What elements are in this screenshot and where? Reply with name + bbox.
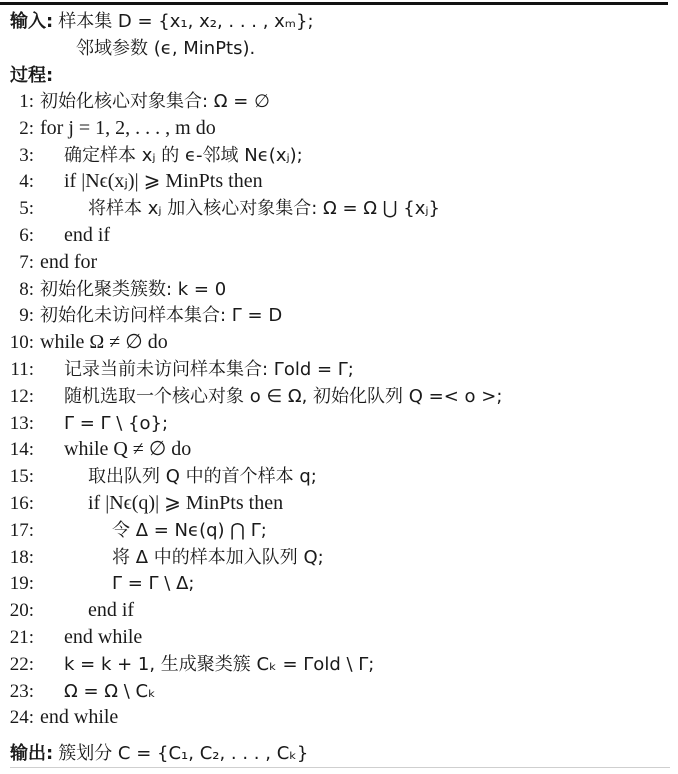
step-text: while Q ≠ ∅ do [64, 438, 191, 460]
step-text: 记录当前未访问样本集合: Γold = Γ; [64, 359, 354, 380]
step-number: 2: [0, 115, 34, 142]
step-number: 8: [0, 276, 34, 303]
output-line: 输出: 簇划分 C = {C₁, C₂, . . . , Cₖ} [10, 740, 308, 767]
step-text: end if [88, 599, 134, 621]
step-line: 4:if |Nϵ(xⱼ)| ⩾ MinPts then [0, 168, 263, 195]
step-text: while Ω ≠ ∅ do [40, 331, 168, 353]
step-line: 22:k = k + 1, 生成聚类簇 Cₖ = Γold \ Γ; [0, 651, 374, 678]
step-number: 23: [0, 678, 34, 705]
step-number: 16: [0, 490, 34, 517]
step-line: 2:for j = 1, 2, . . . , m do [0, 115, 216, 142]
step-line: 3:确定样本 xⱼ 的 ϵ-邻域 Nϵ(xⱼ); [0, 142, 303, 169]
step-text: 令 Δ = Nϵ(q) ⋂ Γ; [112, 520, 267, 541]
step-number: 19: [0, 570, 34, 597]
step-text: 将样本 xⱼ 加入核心对象集合: Ω = Ω ⋃ {xⱼ} [88, 198, 440, 219]
step-text: 将 Δ 中的样本加入队列 Q; [112, 547, 324, 568]
step-number: 15: [0, 463, 34, 490]
step-line: 9:初始化未访问样本集合: Γ = D [0, 302, 282, 329]
input-line-2: 邻域参数 (ϵ, MinPts). [76, 35, 255, 62]
input-line-1: 输入: 样本集 D = {x₁, x₂, . . . , xₘ}; [10, 8, 314, 35]
step-line: 5:将样本 xⱼ 加入核心对象集合: Ω = Ω ⋃ {xⱼ} [0, 195, 440, 222]
step-line: 10:while Ω ≠ ∅ do [0, 329, 168, 356]
top-rule [0, 2, 668, 5]
step-line: 1:初始化核心对象集合: Ω = ∅ [0, 88, 270, 115]
output-text: 簇划分 C = {C₁, C₂, . . . , Cₖ} [58, 743, 308, 764]
step-line: 16:if |Nϵ(q)| ⩾ MinPts then [0, 490, 283, 517]
input-label: 输入: [10, 11, 53, 32]
step-number: 10: [0, 329, 34, 356]
step-text: 取出队列 Q 中的首个样本 q; [88, 466, 317, 487]
step-text: k = k + 1, 生成聚类簇 Cₖ = Γold \ Γ; [64, 654, 374, 675]
step-number: 13: [0, 410, 34, 437]
step-number: 9: [0, 302, 34, 329]
step-line: 6:end if [0, 222, 110, 249]
step-line: 12:随机选取一个核心对象 o ∈ Ω, 初始化队列 Q =< o >; [0, 383, 502, 410]
step-number: 4: [0, 168, 34, 195]
step-text: end while [40, 706, 118, 728]
input-text-2: 邻域参数 (ϵ, MinPts). [76, 38, 255, 59]
step-number: 7: [0, 249, 34, 276]
process-heading: 过程: [10, 62, 53, 89]
step-text: 初始化聚类簇数: k = 0 [40, 279, 226, 300]
step-number: 6: [0, 222, 34, 249]
step-line: 14:while Q ≠ ∅ do [0, 436, 191, 463]
step-text: end while [64, 626, 142, 648]
step-text: end for [40, 251, 97, 273]
step-number: 12: [0, 383, 34, 410]
step-text: if |Nϵ(q)| ⩾ MinPts then [88, 492, 283, 514]
process-label: 过程: [10, 65, 53, 86]
output-label: 输出: [10, 743, 53, 764]
step-number: 5: [0, 195, 34, 222]
step-number: 1: [0, 88, 34, 115]
step-text: for j = 1, 2, . . . , m do [40, 117, 216, 139]
step-text: 确定样本 xⱼ 的 ϵ-邻域 Nϵ(xⱼ); [64, 145, 303, 166]
step-line: 18:将 Δ 中的样本加入队列 Q; [0, 544, 324, 571]
step-text: end if [64, 224, 110, 246]
step-text: 随机选取一个核心对象 o ∈ Ω, 初始化队列 Q =< o >; [64, 386, 502, 407]
step-number: 21: [0, 624, 34, 651]
step-line: 11:记录当前未访问样本集合: Γold = Γ; [0, 356, 354, 383]
step-line: 19:Γ = Γ \ Δ; [0, 570, 194, 597]
step-line: 23:Ω = Ω \ Cₖ [0, 678, 156, 705]
step-text: Γ = Γ \ Δ; [112, 573, 194, 594]
step-text: if |Nϵ(xⱼ)| ⩾ MinPts then [64, 170, 263, 192]
step-line: 8:初始化聚类簇数: k = 0 [0, 276, 226, 303]
step-text: 初始化未访问样本集合: Γ = D [40, 305, 282, 326]
step-text: Γ = Γ \ {o}; [64, 413, 168, 434]
step-number: 24: [0, 704, 34, 731]
step-number: 20: [0, 597, 34, 624]
step-line: 13:Γ = Γ \ {o}; [0, 410, 168, 437]
step-line: 7:end for [0, 249, 97, 276]
input-text-1: 样本集 D = {x₁, x₂, . . . , xₘ}; [58, 11, 313, 32]
step-line: 17:令 Δ = Nϵ(q) ⋂ Γ; [0, 517, 267, 544]
step-number: 14: [0, 436, 34, 463]
bottom-rule [10, 767, 670, 768]
step-number: 3: [0, 142, 34, 169]
step-number: 17: [0, 517, 34, 544]
step-text: Ω = Ω \ Cₖ [64, 681, 156, 702]
step-line: 15:取出队列 Q 中的首个样本 q; [0, 463, 317, 490]
step-line: 21:end while [0, 624, 142, 651]
step-number: 22: [0, 651, 34, 678]
step-number: 11: [0, 356, 34, 383]
step-text: 初始化核心对象集合: Ω = ∅ [40, 91, 270, 112]
step-number: 18: [0, 544, 34, 571]
step-line: 20:end if [0, 597, 134, 624]
step-line: 24:end while [0, 704, 118, 731]
